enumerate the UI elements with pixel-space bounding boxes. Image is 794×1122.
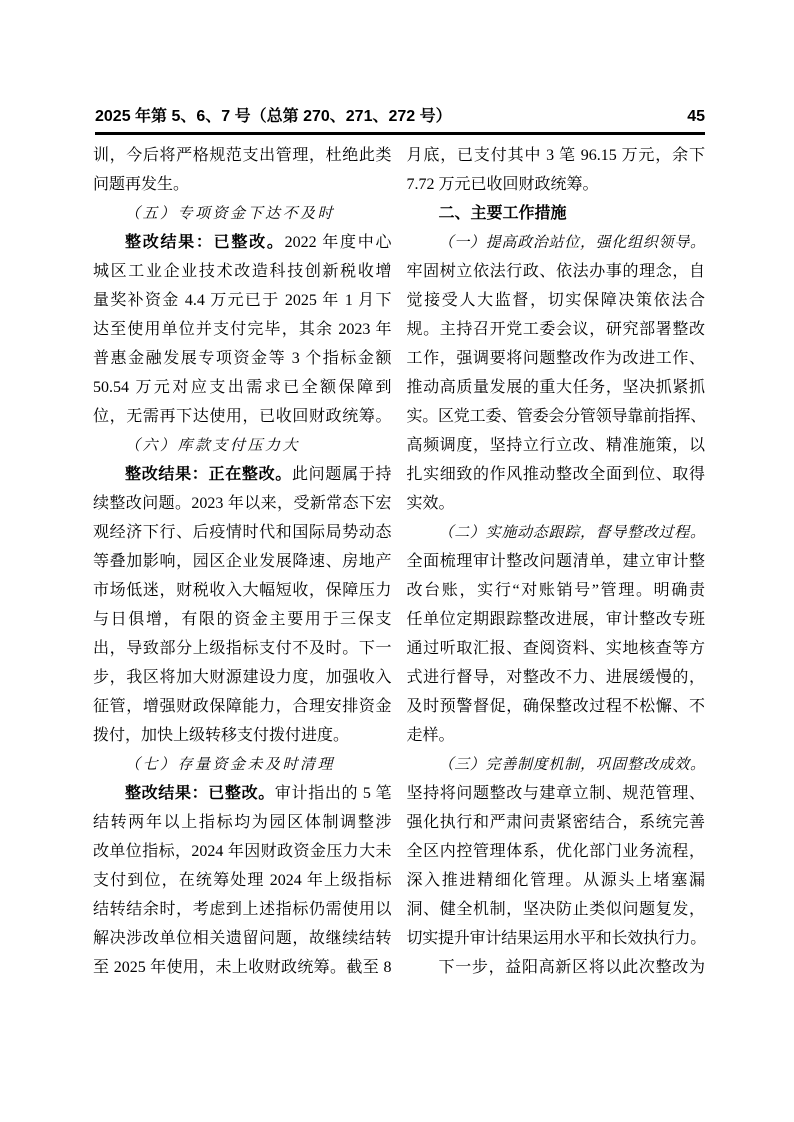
body-text: 深入推进精细化管理。从源头上堵塞漏 xyxy=(407,872,706,889)
text-line: 7.72 万元已收回财政统筹。 xyxy=(407,170,706,199)
text-line: 规。主持召开党工委会议，研究部署整改 xyxy=(407,315,706,344)
body-text: 洞、健全机制，坚决防止类似问题复发， xyxy=(407,901,706,918)
text-line: 实效。 xyxy=(407,489,706,518)
body-text: 解决涉改单位相关遗留问题，故继续结转 xyxy=(93,930,392,947)
kai-text: （二）实施动态跟踪，督导整改过程。 xyxy=(439,525,706,541)
body-text: 2022 年度中心 xyxy=(285,234,392,251)
text-line: 式进行督导，对整改不力、进展缓慢的， xyxy=(407,663,706,692)
text-line: 支付到位，在统筹处理 2024 年上级指标 xyxy=(93,866,392,895)
body-text: 征管，增强财政保障能力，合理安排资金 xyxy=(93,698,392,715)
text-line: 月底，已支付其中 3 笔 96.15 万元，余下 xyxy=(407,141,706,170)
journal-issue-title: 2025 年第 5、6、7 号（总第 270、271、272 号） xyxy=(95,106,452,127)
text-line: 扎实细致的作风推动整改全面到位、取得 xyxy=(407,460,706,489)
text-line: 续整改问题。2023 年以来，受新常态下宏 xyxy=(93,489,392,518)
body-text: 切实提升审计结果运用水平和长效执行力。 xyxy=(407,930,706,947)
body-text: 及时预警督促，确保整改过程不松懈、不 xyxy=(407,698,706,715)
body-text: 50.54 万元对应支出需求已全额保障到 xyxy=(93,379,392,396)
body-text: 结转结余时，考虑到上述指标仍需使用以 xyxy=(93,901,392,918)
body-text: 量奖补资金 4.4 万元已于 2025 年 1 月下 xyxy=(93,292,392,309)
text-line: 50.54 万元对应支出需求已全额保障到 xyxy=(93,373,392,402)
document-page: 2025 年第 5、6、7 号（总第 270、271、272 号） 45 训，今… xyxy=(0,0,794,1122)
text-line: 步，我区将加大财源建设力度，加强收入 xyxy=(93,663,392,692)
text-line: 普惠金融发展专项资金等 3 个指标金额 xyxy=(93,344,392,373)
body-text: 走样。 xyxy=(407,727,455,744)
page-body: 训，今后将严格规范支出管理，杜绝此类问题再发生。（五）专项资金下达不及时整改结果… xyxy=(93,141,705,982)
text-line: 坚持将问题整改与建章立制、规范管理、 xyxy=(407,779,706,808)
left-column: 训，今后将严格规范支出管理，杜绝此类问题再发生。（五）专项资金下达不及时整改结果… xyxy=(93,141,392,982)
right-column: 月底，已支付其中 3 笔 96.15 万元，余下7.72 万元已收回财政统筹。二… xyxy=(407,141,706,982)
text-line: 结转结余时，考虑到上述指标仍需使用以 xyxy=(93,895,392,924)
text-line: 拨付，加快上级转移支付拨付进度。 xyxy=(93,721,392,750)
text-line: 解决涉改单位相关遗留问题，故继续结转 xyxy=(93,924,392,953)
body-text: 工作，强调要将问题整改作为改进工作、 xyxy=(407,350,706,367)
body-text: 普惠金融发展专项资金等 3 个指标金额 xyxy=(93,350,392,367)
body-text: 达至使用单位并支付完毕，其余 2023 年 xyxy=(93,321,392,338)
text-line: （五）专项资金下达不及时 xyxy=(93,199,392,228)
body-text: 续整改问题。2023 年以来，受新常态下宏 xyxy=(93,495,392,512)
kai-text: （一）提高政治站位，强化组织领导。 xyxy=(439,235,706,251)
text-line: 结转两年以上指标均为园区体制调整涉 xyxy=(93,808,392,837)
body-text: 牢固树立依法行政、依法办事的理念，自 xyxy=(407,263,706,280)
body-text: 审计指出的 5 笔 xyxy=(275,785,392,802)
body-text: 实。区党工委、管委会分管领导靠前指挥、 xyxy=(407,408,706,425)
hei-text: 整改结果：已整改。 xyxy=(125,785,275,802)
text-line: 市场低迷，财税收入大幅短收，保障压力 xyxy=(93,576,392,605)
text-line: （二）实施动态跟踪，督导整改过程。 xyxy=(407,518,706,547)
text-line: 二、主要工作措施 xyxy=(407,199,706,228)
text-line: 改台账，实行“对账销号”管理。明确责 xyxy=(407,576,706,605)
text-line: 及时预警督促，确保整改过程不松懈、不 xyxy=(407,692,706,721)
body-text: 位，无需再下达使用，已收回财政统筹。 xyxy=(93,408,392,425)
hei-text: 整改结果：已整改。 xyxy=(125,234,285,251)
text-line: 整改结果：正在整改。此问题属于持 xyxy=(93,460,392,489)
body-text: 支付到位，在统筹处理 2024 年上级指标 xyxy=(93,872,392,889)
body-text: 强化执行和严肃问责紧密结合，系统完善 xyxy=(407,814,706,831)
text-line: 等叠加影响，园区企业发展降速、房地产 xyxy=(93,547,392,576)
body-text: 推动高质量发展的重大任务，坚决抓紧抓 xyxy=(407,379,706,396)
text-line: 深入推进精细化管理。从源头上堵塞漏 xyxy=(407,866,706,895)
text-line: 高频调度，坚持立行立改、精准施策，以 xyxy=(407,431,706,460)
kai-text: （六）库款支付压力大 xyxy=(125,438,300,454)
body-text: 训，今后将严格规范支出管理，杜绝此类 xyxy=(93,147,392,164)
kai-text: （三）完善制度机制，巩固整改成效。 xyxy=(439,757,706,773)
body-text: 步，我区将加大财源建设力度，加强收入 xyxy=(93,669,392,686)
text-line: 量奖补资金 4.4 万元已于 2025 年 1 月下 xyxy=(93,286,392,315)
text-line: 整改结果：已整改。2022 年度中心 xyxy=(93,228,392,257)
text-line: 改单位指标，2024 年因财政资金压力大未 xyxy=(93,837,392,866)
body-text: 7.72 万元已收回财政统筹。 xyxy=(407,176,599,193)
text-line: 问题再发生。 xyxy=(93,170,392,199)
body-text: 问题再发生。 xyxy=(93,176,189,193)
text-line: 洞、健全机制，坚决防止类似问题复发， xyxy=(407,895,706,924)
body-text: 高频调度，坚持立行立改、精准施策，以 xyxy=(407,437,706,454)
text-line: 下一步，益阳高新区将以此次整改为 xyxy=(407,953,706,982)
body-text: 等叠加影响，园区企业发展降速、房地产 xyxy=(93,553,392,570)
text-line: 实。区党工委、管委会分管领导靠前指挥、 xyxy=(407,402,706,431)
body-text: 与日俱增，有限的资金主要用于三保支 xyxy=(93,611,392,628)
text-line: 与日俱增，有限的资金主要用于三保支 xyxy=(93,605,392,634)
body-text: 结转两年以上指标均为园区体制调整涉 xyxy=(93,814,392,831)
text-line: （三）完善制度机制，巩固整改成效。 xyxy=(407,750,706,779)
page-header: 2025 年第 5、6、7 号（总第 270、271、272 号） 45 xyxy=(95,106,705,135)
text-line: （六）库款支付压力大 xyxy=(93,431,392,460)
text-line: （七）存量资金未及时清理 xyxy=(93,750,392,779)
body-text: 出，导致部分上级指标支付不及时。下一 xyxy=(93,640,392,657)
text-line: 牢固树立依法行政、依法办事的理念，自 xyxy=(407,257,706,286)
text-line: 全面梳理审计整改问题清单，建立审计整 xyxy=(407,547,706,576)
kai-text: （五）专项资金下达不及时 xyxy=(125,206,335,222)
text-line: 征管，增强财政保障能力，合理安排资金 xyxy=(93,692,392,721)
text-line: 达至使用单位并支付完毕，其余 2023 年 xyxy=(93,315,392,344)
text-line: 整改结果：已整改。审计指出的 5 笔 xyxy=(93,779,392,808)
body-text: 实效。 xyxy=(407,495,455,512)
body-text: 觉接受人大监督，切实保障决策依法合 xyxy=(407,292,706,309)
hei-text: 二、主要工作措施 xyxy=(439,205,567,222)
body-text: 坚持将问题整改与建章立制、规范管理、 xyxy=(407,785,706,802)
body-text: 式进行督导，对整改不力、进展缓慢的， xyxy=(407,669,706,686)
text-line: 城区工业企业技术改造科技创新税收增 xyxy=(93,257,392,286)
text-line: 全区内控管理体系，优化部门业务流程， xyxy=(407,837,706,866)
text-line: 出，导致部分上级指标支付不及时。下一 xyxy=(93,634,392,663)
body-text: 城区工业企业技术改造科技创新税收增 xyxy=(93,263,392,280)
text-line: （一）提高政治站位，强化组织领导。 xyxy=(407,228,706,257)
body-text: 通过听取汇报、查阅资料、实地核查等方 xyxy=(407,640,706,657)
text-line: 观经济下行、后疫情时代和国际局势动态 xyxy=(93,518,392,547)
kai-text: （七）存量资金未及时清理 xyxy=(125,757,335,773)
page-number: 45 xyxy=(687,106,705,127)
body-text: 全面梳理审计整改问题清单，建立审计整 xyxy=(407,553,706,570)
body-text: 观经济下行、后疫情时代和国际局势动态 xyxy=(93,524,392,541)
text-line: 切实提升审计结果运用水平和长效执行力。 xyxy=(407,924,706,953)
body-text: 此问题属于持 xyxy=(292,466,392,483)
hei-text: 整改结果：正在整改。 xyxy=(125,466,292,483)
body-text: 改台账，实行“对账销号”管理。明确责 xyxy=(407,582,706,599)
text-line: 推动高质量发展的重大任务，坚决抓紧抓 xyxy=(407,373,706,402)
text-line: 觉接受人大监督，切实保障决策依法合 xyxy=(407,286,706,315)
body-text: 月底，已支付其中 3 笔 96.15 万元，余下 xyxy=(407,147,706,164)
text-line: 走样。 xyxy=(407,721,706,750)
text-line: 任单位定期跟踪整改进展，审计整改专班 xyxy=(407,605,706,634)
body-text: 至 2025 年使用，未上收财政统筹。截至 8 xyxy=(93,959,392,976)
body-text: 拨付，加快上级转移支付拨付进度。 xyxy=(93,727,349,744)
body-text: 扎实细致的作风推动整改全面到位、取得 xyxy=(407,466,706,483)
body-text: 下一步，益阳高新区将以此次整改为 xyxy=(439,959,706,976)
body-text: 改单位指标，2024 年因财政资金压力大未 xyxy=(93,843,392,860)
body-text: 规。主持召开党工委会议，研究部署整改 xyxy=(407,321,706,338)
body-text: 全区内控管理体系，优化部门业务流程， xyxy=(407,843,706,860)
text-line: 训，今后将严格规范支出管理，杜绝此类 xyxy=(93,141,392,170)
text-line: 强化执行和严肃问责紧密结合，系统完善 xyxy=(407,808,706,837)
body-text: 市场低迷，财税收入大幅短收，保障压力 xyxy=(93,582,392,599)
text-line: 通过听取汇报、查阅资料、实地核查等方 xyxy=(407,634,706,663)
text-line: 位，无需再下达使用，已收回财政统筹。 xyxy=(93,402,392,431)
body-text: 任单位定期跟踪整改进展，审计整改专班 xyxy=(407,611,706,628)
text-line: 工作，强调要将问题整改作为改进工作、 xyxy=(407,344,706,373)
text-line: 至 2025 年使用，未上收财政统筹。截至 8 xyxy=(93,953,392,982)
